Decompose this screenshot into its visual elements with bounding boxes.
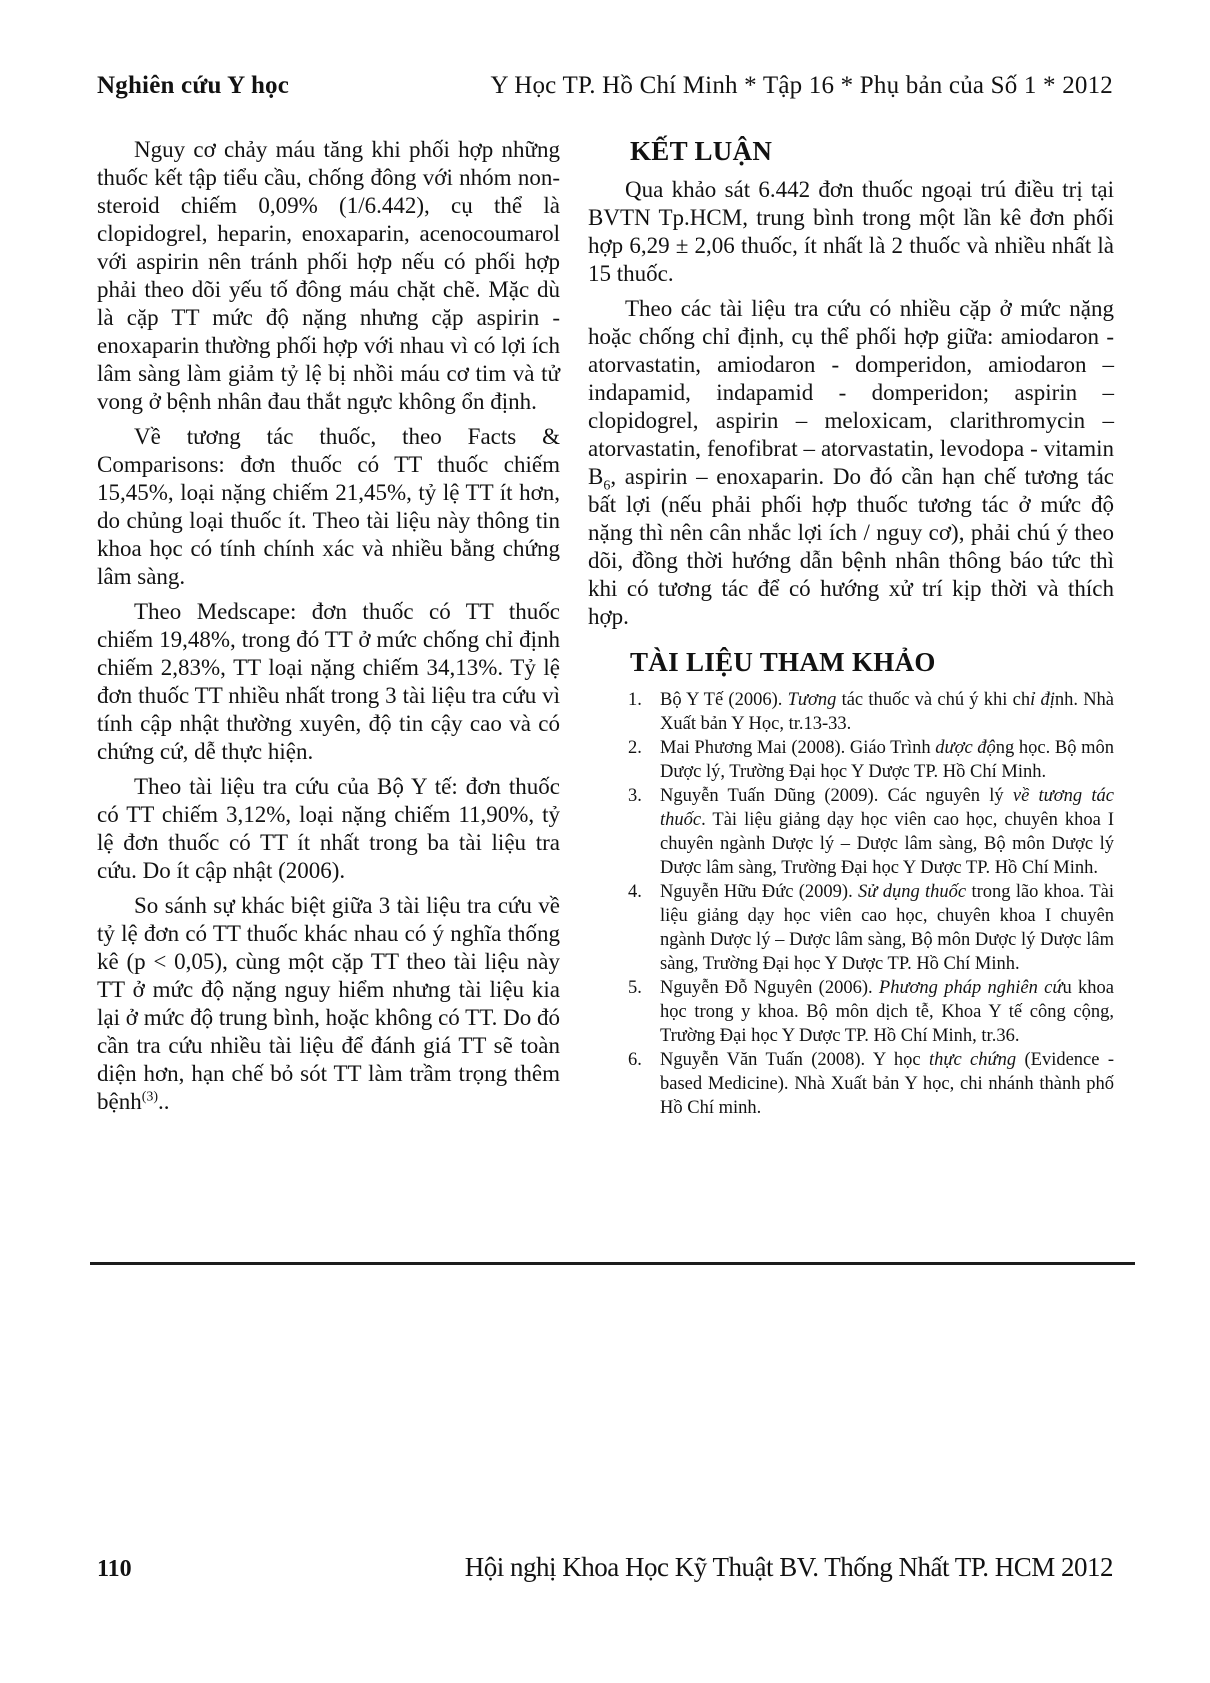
references-list: 1.Bộ Y Tế (2006). Tương tác thuốc và chú… — [588, 688, 1114, 1120]
footer-conference-title: Hội nghị Khoa Học Kỹ Thuật BV. Thống Nhấ… — [465, 1552, 1113, 1583]
reference-number: 1. — [628, 688, 642, 712]
text-segment: , aspirin – enoxaparin. Do đó cần hạn ch… — [588, 464, 1114, 629]
text-segment: Theo tài liệu tra cứu của Bộ Y tế: đơn t… — [97, 774, 560, 883]
conclusion-heading: KẾT LUẬN — [588, 136, 1114, 167]
right-column: KẾT LUẬN Qua khảo sát 6.442 đơn thuốc ng… — [588, 136, 1114, 1120]
text-segment: Bộ Y Tế (2006). — [660, 690, 788, 710]
reference-item: 6.Nguyễn Văn Tuấn (2008). Y học thực chứ… — [588, 1048, 1114, 1120]
reference-item: 4.Nguyễn Hữu Đức (2009). Sử dụng thuốc t… — [588, 880, 1114, 976]
journal-title: Y Học TP. Hồ Chí Minh * Tập 16 * Phụ bản… — [490, 72, 1113, 100]
paragraph: Theo các tài liệu tra cứu có nhiều cặp ở… — [588, 295, 1114, 631]
text-segment: So sánh sự khác biệt giữa 3 tài liệu tra… — [97, 893, 560, 1114]
reference-item: 3.Nguyễn Tuấn Dũng (2009). Các nguyên lý… — [588, 784, 1114, 880]
text-segment: Sử dụng thuốc — [858, 882, 966, 902]
paragraph: Theo Medscape: đơn thuốc có TT thuốc chi… — [97, 598, 560, 766]
text-segment: thực chứng — [929, 1050, 1016, 1070]
text-segment: Tương — [788, 690, 837, 710]
paragraph: Theo tài liệu tra cứu của Bộ Y tế: đơn t… — [97, 773, 560, 885]
paragraph: Nguy cơ chảy máu tăng khi phối hợp những… — [97, 136, 560, 416]
references-heading: TÀI LIỆU THAM KHẢO — [588, 647, 1114, 678]
text-segment: Nguyễn Đỗ Nguyên (2006). — [660, 978, 879, 998]
conclusion-body: Qua khảo sát 6.442 đơn thuốc ngoại trú đ… — [588, 176, 1114, 631]
page-footer: 110 Hội nghị Khoa Học Kỹ Thuật BV. Thống… — [97, 1552, 1113, 1583]
page-number: 110 — [97, 1556, 132, 1583]
reference-item: 5.Nguyễn Đỗ Nguyên (2006). Phương pháp n… — [588, 976, 1114, 1048]
text-segment: Nguyễn Tuấn Dũng (2009). Các nguyên lý — [660, 786, 1013, 806]
text-segment: (3) — [142, 1089, 158, 1104]
paragraph: So sánh sự khác biệt giữa 3 tài liệu tra… — [97, 892, 560, 1116]
text-segment: Về tương tác thuốc, theo Facts & Compari… — [97, 424, 560, 589]
text-segment: Nguyễn Văn Tuấn (2008). Y học — [660, 1050, 929, 1070]
divider-rule — [90, 1262, 1135, 1265]
reference-number: 6. — [628, 1048, 642, 1072]
text-segment: tác thuốc và chú ý khi ch — [836, 690, 1030, 710]
journal-section-label: Nghiên cứu Y học — [97, 72, 289, 100]
reference-number: 5. — [628, 976, 642, 1000]
paragraph: Về tương tác thuốc, theo Facts & Compari… — [97, 423, 560, 591]
text-segment: Phương pháp nghiên cứ — [879, 978, 1063, 998]
reference-number: 2. — [628, 736, 642, 760]
reference-item: 2.Mai Phương Mai (2008). Giáo Trình dược… — [588, 736, 1114, 784]
text-segment: Nguy cơ chảy máu tăng khi phối hợp những… — [97, 137, 560, 414]
text-segment: dược độ — [935, 738, 996, 758]
text-segment: Nguyễn Hữu Đức (2009). — [660, 882, 858, 902]
reference-number: 3. — [628, 784, 642, 808]
page-header: Nghiên cứu Y học Y Học TP. Hồ Chí Minh *… — [97, 72, 1113, 100]
text-segment: ỉ đị — [1030, 690, 1055, 710]
text-segment: Theo các tài liệu tra cứu có nhiều cặp ở… — [588, 296, 1114, 489]
paragraph: Qua khảo sát 6.442 đơn thuốc ngoại trú đ… — [588, 176, 1114, 288]
text-segment: .. — [158, 1089, 170, 1114]
text-segment: Mai Phương Mai (2008). Giáo Trình — [660, 738, 935, 758]
reference-item: 1.Bộ Y Tế (2006). Tương tác thuốc và chú… — [588, 688, 1114, 736]
reference-number: 4. — [628, 880, 642, 904]
text-segment: . Tài liệu giảng dạy học viên cao học, c… — [660, 810, 1114, 878]
left-column: Nguy cơ chảy máu tăng khi phối hợp những… — [97, 136, 560, 1123]
text-segment: Theo Medscape: đơn thuốc có TT thuốc chi… — [97, 599, 560, 764]
text-segment: Qua khảo sát 6.442 đơn thuốc ngoại trú đ… — [588, 177, 1114, 286]
